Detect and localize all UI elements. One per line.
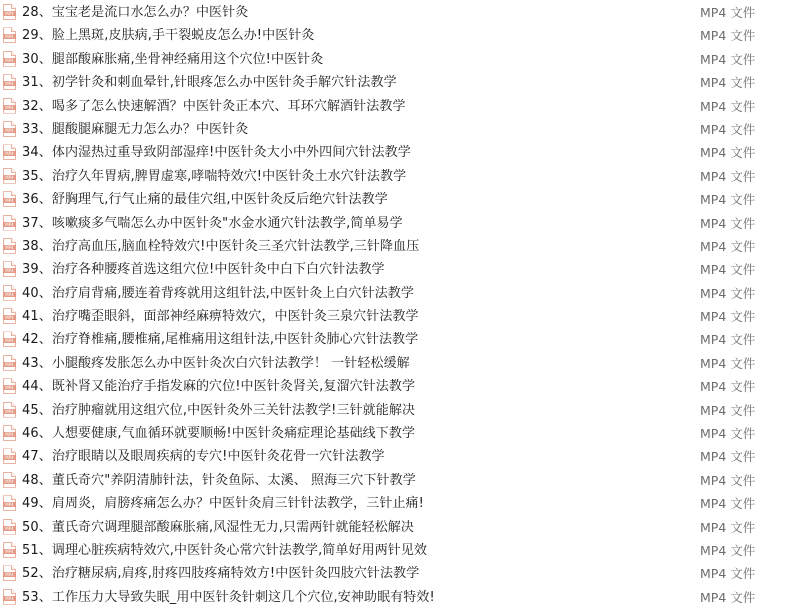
icon-band-label: MP4 bbox=[3, 526, 16, 531]
file-type: MP4 文件 bbox=[700, 378, 755, 395]
file-type: MP4 文件 bbox=[700, 589, 755, 606]
mp4-file-icon: MP4 bbox=[3, 402, 16, 418]
file-row[interactable]: MP4 29、脸上黑斑,皮肤病,手干裂蜕皮怎么办!中医针灸 MP4 文件 bbox=[0, 24, 790, 47]
file-row[interactable]: MP4 51、调理心脏疾病特效穴,中医针灸心常穴针法教学,简单好用两针见效 MP… bbox=[0, 539, 790, 562]
file-name[interactable]: 34、体内湿热过重导致阴部湿痒!中医针灸大小中外四间穴针法教学 bbox=[22, 144, 411, 161]
icon-band-label: MP4 bbox=[3, 81, 16, 86]
file-name[interactable]: 31、初学针灸和刺血晕针,针眼疼怎么办中医针灸手解穴针法教学 bbox=[22, 74, 397, 91]
mp4-file-icon: MP4 bbox=[3, 472, 16, 488]
mp4-file-icon: MP4 bbox=[3, 98, 16, 114]
icon-band-label: MP4 bbox=[3, 479, 16, 484]
file-row[interactable]: MP4 50、董氏奇穴调理腿部酸麻胀痛,风湿性无力,只需两针就能轻松解决 MP4… bbox=[0, 516, 790, 539]
file-row[interactable]: MP4 34、体内湿热过重导致阴部湿痒!中医针灸大小中外四间穴针法教学 MP4 … bbox=[0, 141, 790, 164]
file-type: MP4 文件 bbox=[700, 98, 755, 115]
file-row[interactable]: MP4 35、治疗久年胃病,脾胃虚寒,哮喘特效穴!中医针灸土水穴针法教学 MP4… bbox=[0, 165, 790, 188]
file-type: MP4 文件 bbox=[700, 215, 755, 232]
mp4-file-icon: MP4 bbox=[3, 519, 16, 535]
file-name[interactable]: 39、治疗各种腰疼首选这组穴位!中医针灸中白下白穴针法教学 bbox=[22, 261, 385, 278]
icon-band-label: MP4 bbox=[3, 362, 16, 367]
file-name[interactable]: 45、治疗肿瘤就用这组穴位,中医针灸外三关针法教学!三针就能解决 bbox=[22, 402, 415, 419]
icon-band-label: MP4 bbox=[3, 151, 16, 156]
icon-band-label: MP4 bbox=[3, 292, 16, 297]
file-name[interactable]: 36、舒胸理气,行气止痛的最佳穴组,中医针灸反后绝穴针法教学 bbox=[22, 191, 388, 208]
mp4-file-icon: MP4 bbox=[3, 285, 16, 301]
file-type: MP4 文件 bbox=[700, 331, 755, 348]
file-name[interactable]: 47、治疗眼睛以及眼周疾病的专穴!中医针灸花骨一穴针法教学 bbox=[22, 448, 385, 465]
file-row[interactable]: MP4 53、工作压力大导致失眠_用中医针灸针刺这几个穴位,安神助眠有特效! M… bbox=[0, 586, 790, 609]
mp4-file-icon: MP4 bbox=[3, 121, 16, 137]
file-row[interactable]: MP4 33、腿酸腿麻腿无力怎么办？中医针灸 MP4 文件 bbox=[0, 118, 790, 141]
file-row[interactable]: MP4 46、人想要健康,气血循环就要顺畅!中医针灸痛症理论基础线下教学 MP4… bbox=[0, 422, 790, 445]
file-type: MP4 文件 bbox=[700, 448, 755, 465]
file-type: MP4 文件 bbox=[700, 308, 755, 325]
icon-band-label: MP4 bbox=[3, 128, 16, 133]
file-type: MP4 文件 bbox=[700, 355, 755, 372]
file-row[interactable]: MP4 47、治疗眼睛以及眼周疾病的专穴!中医针灸花骨一穴针法教学 MP4 文件 bbox=[0, 445, 790, 468]
icon-band-label: MP4 bbox=[3, 222, 16, 227]
icon-band-label: MP4 bbox=[3, 105, 16, 110]
file-name[interactable]: 53、工作压力大导致失眠_用中医针灸针刺这几个穴位,安神助眠有特效! bbox=[22, 589, 435, 606]
file-name[interactable]: 38、治疗高血压,脑血栓特效穴!中医针灸三圣穴针法教学,三针降血压 bbox=[22, 238, 419, 255]
mp4-file-icon: MP4 bbox=[3, 425, 16, 441]
file-type: MP4 文件 bbox=[700, 27, 755, 44]
file-name[interactable]: 50、董氏奇穴调理腿部酸麻胀痛,风湿性无力,只需两针就能轻松解决 bbox=[22, 519, 414, 536]
file-name[interactable]: 41、治疗嘴歪眼斜，面部神经麻痹特效穴，中医针灸三泉穴针法教学 bbox=[22, 308, 419, 325]
file-name[interactable]: 51、调理心脏疾病特效穴,中医针灸心常穴针法教学,简单好用两针见效 bbox=[22, 542, 427, 559]
file-row[interactable]: MP4 36、舒胸理气,行气止痛的最佳穴组,中医针灸反后绝穴针法教学 MP4 文… bbox=[0, 188, 790, 211]
mp4-file-icon: MP4 bbox=[3, 355, 16, 371]
mp4-file-icon: MP4 bbox=[3, 331, 16, 347]
file-name[interactable]: 35、治疗久年胃病,脾胃虚寒,哮喘特效穴!中医针灸土水穴针法教学 bbox=[22, 168, 406, 185]
file-row[interactable]: MP4 39、治疗各种腰疼首选这组穴位!中医针灸中白下白穴针法教学 MP4 文件 bbox=[0, 258, 790, 281]
file-type: MP4 文件 bbox=[700, 144, 755, 161]
mp4-file-icon: MP4 bbox=[3, 215, 16, 231]
file-name[interactable]: 44、既补肾又能治疗手指发麻的穴位!中医针灸肾关,复溜穴针法教学 bbox=[22, 378, 415, 395]
icon-band-label: MP4 bbox=[3, 432, 16, 437]
icon-band-label: MP4 bbox=[3, 245, 16, 250]
file-type: MP4 文件 bbox=[700, 238, 755, 255]
file-row[interactable]: MP4 44、既补肾又能治疗手指发麻的穴位!中医针灸肾关,复溜穴针法教学 MP4… bbox=[0, 375, 790, 398]
file-row[interactable]: MP4 38、治疗高血压,脑血栓特效穴!中医针灸三圣穴针法教学,三针降血压 MP… bbox=[0, 235, 790, 258]
icon-band-label: MP4 bbox=[3, 338, 16, 343]
icon-band-label: MP4 bbox=[3, 572, 16, 577]
file-name[interactable]: 42、治疗脊椎痛,腰椎痛,尾椎痛用这组针法,中医针灸肺心穴针法教学 bbox=[22, 331, 418, 348]
file-type: MP4 文件 bbox=[700, 121, 755, 138]
icon-band-label: MP4 bbox=[3, 34, 16, 39]
mp4-file-icon: MP4 bbox=[3, 378, 16, 394]
icon-band-label: MP4 bbox=[3, 385, 16, 390]
icon-band-label: MP4 bbox=[3, 58, 16, 63]
file-name[interactable]: 49、肩周炎，肩膀疼痛怎么办？中医针灸肩三针针法教学，三针止痛! bbox=[22, 495, 424, 512]
icon-band-label: MP4 bbox=[3, 409, 16, 414]
mp4-file-icon: MP4 bbox=[3, 238, 16, 254]
icon-band-label: MP4 bbox=[3, 596, 16, 601]
file-type: MP4 文件 bbox=[700, 565, 755, 582]
file-row[interactable]: MP4 45、治疗肿瘤就用这组穴位,中医针灸外三关针法教学!三针就能解决 MP4… bbox=[0, 399, 790, 422]
file-row[interactable]: MP4 43、小腿酸疼发胀怎么办中医针灸次白穴针法教学！ 一针轻松缓解 MP4 … bbox=[0, 352, 790, 375]
file-name[interactable]: 30、腿部酸麻胀痛,坐骨神经痛用这个穴位!中医针灸 bbox=[22, 51, 323, 68]
file-row[interactable]: MP4 41、治疗嘴歪眼斜，面部神经麻痹特效穴，中医针灸三泉穴针法教学 MP4 … bbox=[0, 305, 790, 328]
mp4-file-icon: MP4 bbox=[3, 589, 16, 605]
file-row[interactable]: MP4 31、初学针灸和刺血晕针,针眼疼怎么办中医针灸手解穴针法教学 MP4 文… bbox=[0, 71, 790, 94]
file-name[interactable]: 40、治疗肩背痛,腰连着背疼就用这组针法,中医针灸上白穴针法教学 bbox=[22, 285, 414, 302]
mp4-file-icon: MP4 bbox=[3, 448, 16, 464]
file-type: MP4 文件 bbox=[700, 425, 755, 442]
file-name[interactable]: 32、喝多了怎么快速解酒？中医针灸正本穴、耳环穴解酒针法教学 bbox=[22, 98, 406, 115]
icon-band-label: MP4 bbox=[3, 268, 16, 273]
file-row[interactable]: MP4 32、喝多了怎么快速解酒？中医针灸正本穴、耳环穴解酒针法教学 MP4 文… bbox=[0, 95, 790, 118]
mp4-file-icon: MP4 bbox=[3, 27, 16, 43]
file-type: MP4 文件 bbox=[700, 74, 755, 91]
file-type: MP4 文件 bbox=[700, 285, 755, 302]
file-name[interactable]: 33、腿酸腿麻腿无力怎么办？中医针灸 bbox=[22, 121, 248, 138]
file-list: MP4 28、宝宝老是流口水怎么办？中医针灸 MP4 文件 MP4 29、脸上黑… bbox=[0, 0, 790, 610]
file-row[interactable]: MP4 37、咳嗽痰多气喘怎么办中医针灸"水金水通穴针法教学,简单易学 MP4 … bbox=[0, 212, 790, 235]
file-row[interactable]: MP4 40、治疗肩背痛,腰连着背疼就用这组针法,中医针灸上白穴针法教学 MP4… bbox=[0, 282, 790, 305]
file-type: MP4 文件 bbox=[700, 402, 755, 419]
file-row[interactable]: MP4 28、宝宝老是流口水怎么办？中医针灸 MP4 文件 bbox=[0, 1, 790, 24]
mp4-file-icon: MP4 bbox=[3, 168, 16, 184]
mp4-file-icon: MP4 bbox=[3, 261, 16, 277]
mp4-file-icon: MP4 bbox=[3, 542, 16, 558]
icon-band-label: MP4 bbox=[3, 502, 16, 507]
file-row[interactable]: MP4 30、腿部酸麻胀痛,坐骨神经痛用这个穴位!中医针灸 MP4 文件 bbox=[0, 48, 790, 71]
file-name[interactable]: 28、宝宝老是流口水怎么办？中医针灸 bbox=[22, 4, 248, 21]
file-type: MP4 文件 bbox=[700, 472, 755, 489]
icon-band-label: MP4 bbox=[3, 455, 16, 460]
file-name[interactable]: 29、脸上黑斑,皮肤病,手干裂蜕皮怎么办!中医针灸 bbox=[22, 27, 315, 44]
file-row[interactable]: MP4 52、治疗糖尿病,肩疼,肘疼四肢疼痛特效方!中医针灸四肢穴针法教学 MP… bbox=[0, 562, 790, 585]
file-type: MP4 文件 bbox=[700, 495, 755, 512]
file-name[interactable]: 52、治疗糖尿病,肩疼,肘疼四肢疼痛特效方!中医针灸四肢穴针法教学 bbox=[22, 565, 419, 582]
file-type: MP4 文件 bbox=[700, 51, 755, 68]
icon-band-label: MP4 bbox=[3, 549, 16, 554]
mp4-file-icon: MP4 bbox=[3, 144, 16, 160]
icon-band-label: MP4 bbox=[3, 11, 16, 16]
mp4-file-icon: MP4 bbox=[3, 191, 16, 207]
mp4-file-icon: MP4 bbox=[3, 74, 16, 90]
file-type: MP4 文件 bbox=[700, 519, 755, 536]
mp4-file-icon: MP4 bbox=[3, 4, 16, 20]
file-name[interactable]: 46、人想要健康,气血循环就要顺畅!中医针灸痛症理论基础线下教学 bbox=[22, 425, 415, 442]
file-type: MP4 文件 bbox=[700, 168, 755, 185]
file-name[interactable]: 43、小腿酸疼发胀怎么办中医针灸次白穴针法教学！ 一针轻松缓解 bbox=[22, 355, 410, 372]
icon-band-label: MP4 bbox=[3, 175, 16, 180]
mp4-file-icon: MP4 bbox=[3, 565, 16, 581]
file-type: MP4 文件 bbox=[700, 191, 755, 208]
file-name[interactable]: 37、咳嗽痰多气喘怎么办中医针灸"水金水通穴针法教学,简单易学 bbox=[22, 215, 403, 232]
mp4-file-icon: MP4 bbox=[3, 495, 16, 511]
file-type: MP4 文件 bbox=[700, 261, 755, 278]
mp4-file-icon: MP4 bbox=[3, 308, 16, 324]
mp4-file-icon: MP4 bbox=[3, 51, 16, 67]
icon-band-label: MP4 bbox=[3, 198, 16, 203]
file-row[interactable]: MP4 48、董氏奇穴"养阴清肺针法，针灸鱼际、太溪、 照海三穴下针教学 MP4… bbox=[0, 469, 790, 492]
file-type: MP4 文件 bbox=[700, 542, 755, 559]
file-row[interactable]: MP4 49、肩周炎，肩膀疼痛怎么办？中医针灸肩三针针法教学，三针止痛! MP4… bbox=[0, 492, 790, 515]
icon-band-label: MP4 bbox=[3, 315, 16, 320]
file-type: MP4 文件 bbox=[700, 4, 755, 21]
file-name[interactable]: 48、董氏奇穴"养阴清肺针法，针灸鱼际、太溪、 照海三穴下针教学 bbox=[22, 472, 416, 489]
file-row[interactable]: MP4 42、治疗脊椎痛,腰椎痛,尾椎痛用这组针法,中医针灸肺心穴针法教学 MP… bbox=[0, 328, 790, 351]
